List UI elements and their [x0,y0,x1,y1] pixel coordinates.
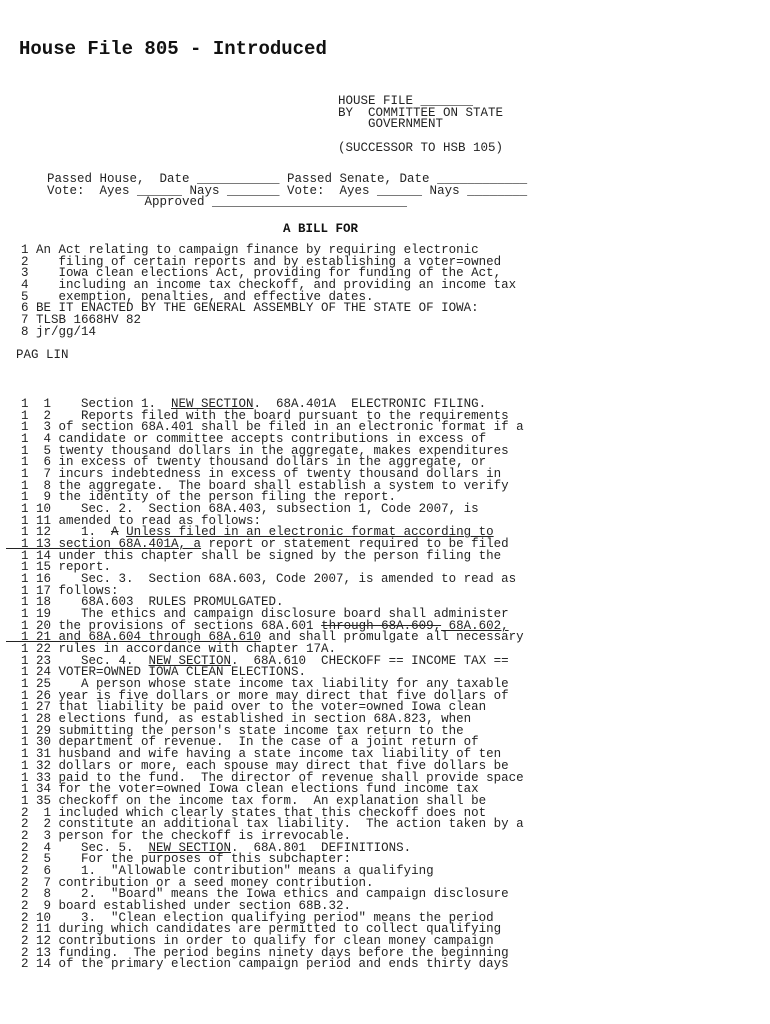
text-line: Approved __________________________ [47,195,407,209]
bill-document-page: House File 805 - Introduced HOUSE FILE _… [0,0,770,1024]
page-title: House File 805 - Introduced [19,38,327,60]
bill-for-heading: A BILL FOR [283,222,358,236]
house-file-committee-header: HOUSE FILE _______ BY COMMITTEE ON STATE… [338,96,503,154]
text-line: 2 14 of the primary election campaign pe… [6,957,509,971]
bill-body-text: 1 1 Section 1. NEW SECTION. 68A.401A ELE… [6,399,524,971]
page-line-column-header: PAG LIN [16,350,69,362]
text-line: (SUCCESSOR TO HSB 105) [338,141,503,155]
bill-preamble: 1 An Act relating to campaign finance by… [6,245,516,338]
passage-record-block: Passed House, Date ___________ Passed Se… [47,174,527,209]
text-line: 8 jr/gg/14 [6,325,96,339]
text-line: GOVERNMENT [338,117,443,131]
